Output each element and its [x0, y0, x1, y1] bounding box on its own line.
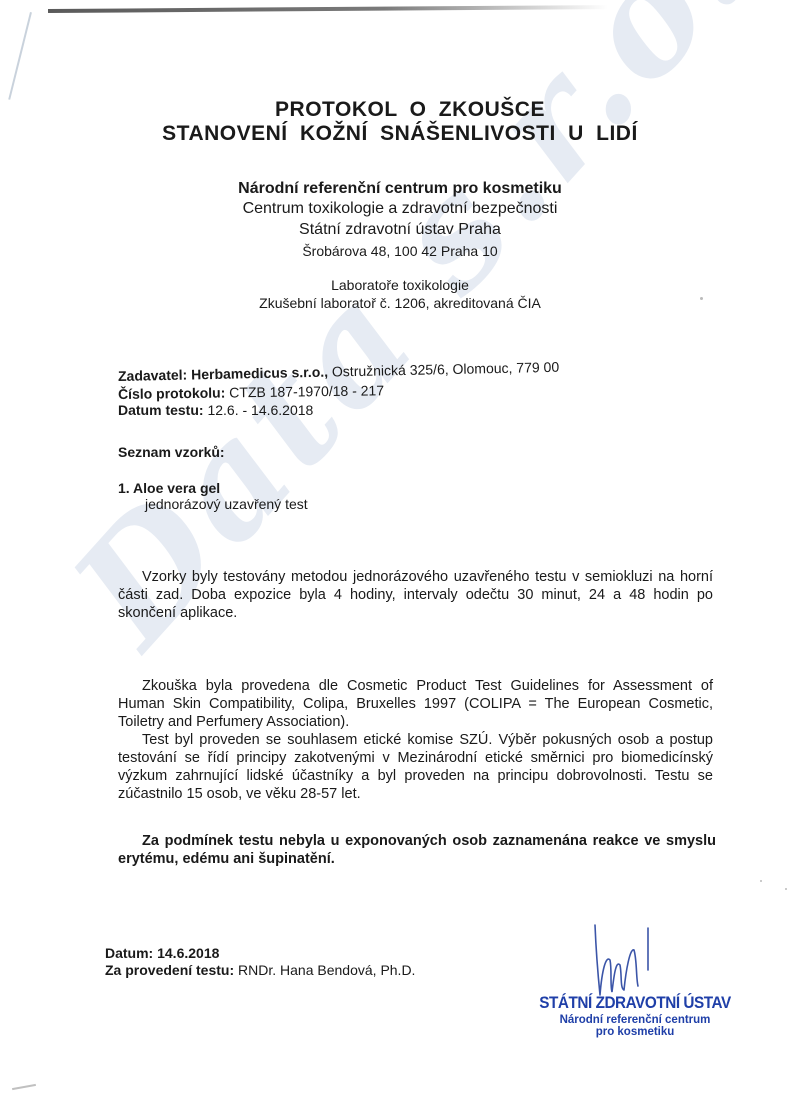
- stamp-line2: Národní referenční centrum: [505, 1014, 765, 1026]
- test-date-line: Datum testu: 12.6. - 14.6.2018: [118, 402, 313, 418]
- institution-lab: Laboratoře toxikologie: [0, 277, 800, 293]
- test-date-label: Datum testu:: [118, 402, 204, 418]
- protocol-number: CTZB 187-1970/18 - 217: [229, 382, 384, 400]
- institution-center: Centrum toxikologie a zdravotní bezpečno…: [0, 200, 800, 218]
- signoff-by-name: RNDr. Hana Bendová, Ph.D.: [238, 962, 415, 978]
- stamp-line3: pro kosmetiku: [505, 1026, 765, 1038]
- sample-name: 1. Aloe vera gel: [118, 480, 220, 496]
- sample-description: jednorázový uzavřený test: [145, 496, 308, 512]
- document-title-line1: PROTOKOL O ZKOUŠCE: [10, 98, 800, 122]
- document-page: PROTOKOL O ZKOUŠCE STANOVENÍ KOŽNÍ SNÁŠE…: [0, 0, 800, 1100]
- institute-stamp: STÁTNÍ ZDRAVOTNÍ ÚSTAV Národní referenčn…: [505, 993, 765, 1038]
- test-date-value: 12.6. - 14.6.2018: [207, 402, 313, 418]
- signature-icon: [590, 920, 660, 1000]
- signoff-date: Datum: 14.6.2018: [105, 945, 219, 961]
- client-name: Herbamedicus s.r.o.,: [191, 364, 328, 383]
- protocol-label: Číslo protokolu:: [118, 385, 226, 402]
- conclusion: Za podmínek testu nebyla u exponovaných …: [118, 832, 716, 868]
- institution-accreditation: Zkušební laboratoř č. 1206, akreditovaná…: [0, 295, 800, 311]
- stamp-line1: STÁTNÍ ZDRAVOTNÍ ÚSTAV: [518, 993, 752, 1013]
- protocol-line: Číslo protokolu: CTZB 187-1970/18 - 217: [118, 382, 384, 402]
- institution-name: Národní referenční centrum pro kosmetiku: [0, 180, 800, 198]
- scan-speck: [700, 297, 703, 300]
- method-paragraph: Vzorky byly testovány metodou jednorázov…: [118, 568, 713, 622]
- guidelines-paragraph: Zkouška byla provedena dle Cosmetic Prod…: [118, 677, 713, 731]
- signoff-by-label: Za provedení testu:: [105, 962, 234, 978]
- institution-address: Šrobárova 48, 100 42 Praha 10: [0, 243, 800, 259]
- samples-heading: Seznam vzorků:: [118, 444, 225, 460]
- institution-institute: Státní zdravotní ústav Praha: [0, 221, 800, 239]
- client-address: Ostružnická 325/6, Olomouc, 779 00: [332, 359, 560, 380]
- document-title-line2: STANOVENÍ KOŽNÍ SNÁŠENLIVOSTI U LIDÍ: [0, 122, 800, 146]
- client-label: Zadavatel:: [118, 367, 188, 384]
- scan-speck: [785, 888, 787, 890]
- scan-speck: [760, 880, 762, 882]
- client-line: Zadavatel: Herbamedicus s.r.o., Ostružni…: [118, 359, 559, 384]
- signoff-by: Za provedení testu: RNDr. Hana Bendová, …: [105, 962, 415, 978]
- ethics-paragraph: Test byl proveden se souhlasem etické ko…: [118, 731, 713, 803]
